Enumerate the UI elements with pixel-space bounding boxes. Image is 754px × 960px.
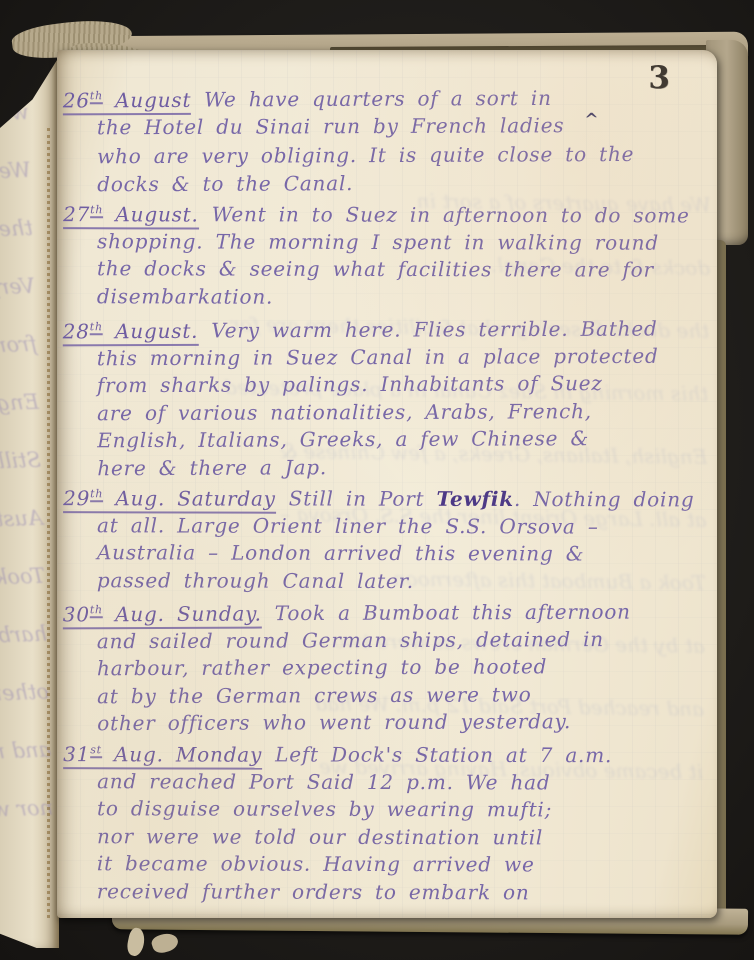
entry-line: disembarkation. [97, 283, 713, 312]
entry-line: 30th Aug. Sunday.Took a Bumboat this aft… [63, 594, 713, 629]
entry-line: the docks & seeing what facilities there… [97, 256, 713, 285]
entry-text: Took a Bumboat this afternoon [275, 600, 631, 626]
diary-content: 26th AugustWe have quarters of a sort in… [63, 81, 713, 906]
entry-date: 30th Aug. Sunday. [63, 601, 262, 629]
diary-entry-31-august: 31st Aug. MondayLeft Dock's Station at 7… [63, 736, 713, 907]
entry-line: and reached Port Said 12 p.m. We had [97, 768, 713, 797]
entry-date: 26th August [63, 88, 192, 116]
entry-text: Left Dock's Station at 7 a.m. [275, 742, 612, 767]
diary-entry-26-august: 26th AugustWe have quarters of a sort in… [63, 80, 714, 199]
diary-entry-29-august: 29th Aug. SaturdayStill in Port Tewfik. … [63, 480, 713, 596]
diary-entry-27-august: 27th August.Went in to Suez in afternoon… [63, 196, 713, 312]
entry-line: passed through Canal later. [97, 567, 713, 596]
entry-line: the Hotel du Sinai run by French ladies^ [97, 112, 713, 144]
entry-date: 29th Aug. Saturday [63, 485, 276, 513]
entry-line: 31st Aug. MondayLeft Dock's Station at 7… [63, 736, 713, 770]
entry-line: it became obvious. Having arrived we [97, 850, 713, 879]
entry-line: Australia – London arrived this evening … [97, 539, 713, 568]
entry-line: at by the German crews as were two [97, 680, 713, 710]
diary-entry-30-august: 30th Aug. Sunday.Took a Bumboat this aft… [63, 594, 714, 739]
entry-line: received further orders to embark on [97, 878, 713, 907]
entry-line: this morning in Suez Canal in a place pr… [97, 342, 713, 372]
binding-stitch-holes [47, 128, 50, 918]
entry-line: from sharks by palings. Inhabitants of S… [97, 370, 713, 400]
entry-text: Still in Port [289, 486, 437, 510]
frayed-thread-bottom-left [125, 927, 146, 958]
entry-line: are of various nationalities, Arabs, Fre… [97, 397, 713, 427]
entry-line: other officers who went round yesterday. [97, 708, 713, 738]
frayed-thread-bottom-left-2 [150, 930, 180, 955]
entry-line: docks & to the Canal. [97, 168, 713, 198]
entry-text: Very warm here. Flies terrible. Bathed [211, 316, 657, 342]
entry-date: 28th August. [63, 318, 199, 346]
entry-line: at all. Large Orient liner the S.S. Orso… [97, 512, 713, 541]
entry-line: nor were we told our destination until [97, 823, 713, 852]
entry-text-emphasis: Tewfik [437, 486, 514, 510]
entry-line: to disguise ourselves by wearing mufti; [97, 795, 713, 824]
facing-page-marks: We have quarters of a sort inwho are ver… [0, 25, 54, 847]
entry-line: 29th Aug. SaturdayStill in Port Tewfik. … [63, 480, 713, 514]
entry-line: harbour, rather expecting to be hooted [97, 653, 713, 683]
diary-page: We have quarters of a sort indocks & to … [57, 50, 717, 918]
entry-line: English, Italians, Greeks, a few Chinese… [97, 424, 713, 454]
entry-date: 31st Aug. Monday [63, 741, 262, 769]
entry-text: the Hotel du Sinai run by French ladies [97, 113, 565, 139]
entry-date: 27th August. [63, 202, 199, 229]
entry-line: 28th August.Very warm here. Flies terrib… [63, 310, 713, 345]
entry-line: shopping. The morning I spent in walking… [97, 229, 713, 258]
entry-line: and sailed round German ships, detained … [97, 626, 713, 656]
entry-text: . Nothing doing [514, 487, 695, 511]
notebook-photo: We have quarters of a sort inwho are ver… [0, 0, 754, 960]
caret-insertion-mark: ^ [584, 110, 599, 130]
entry-text: We have quarters of a sort in [204, 86, 552, 112]
entry-line: 27th August.Went in to Suez in afternoon… [63, 196, 713, 230]
facing-page-edge: We have quarters of a sort inwho are ver… [0, 0, 59, 948]
entry-line: here & there a Jap. [97, 452, 713, 482]
entry-line: who are very obliging. It is quite close… [97, 141, 713, 171]
entry-line: 26th AugustWe have quarters of a sort in [63, 80, 713, 115]
entry-text: Went in to Suez in afternoon to do some [212, 202, 690, 227]
diary-entry-28-august: 28th August.Very warm here. Flies terrib… [63, 310, 714, 482]
